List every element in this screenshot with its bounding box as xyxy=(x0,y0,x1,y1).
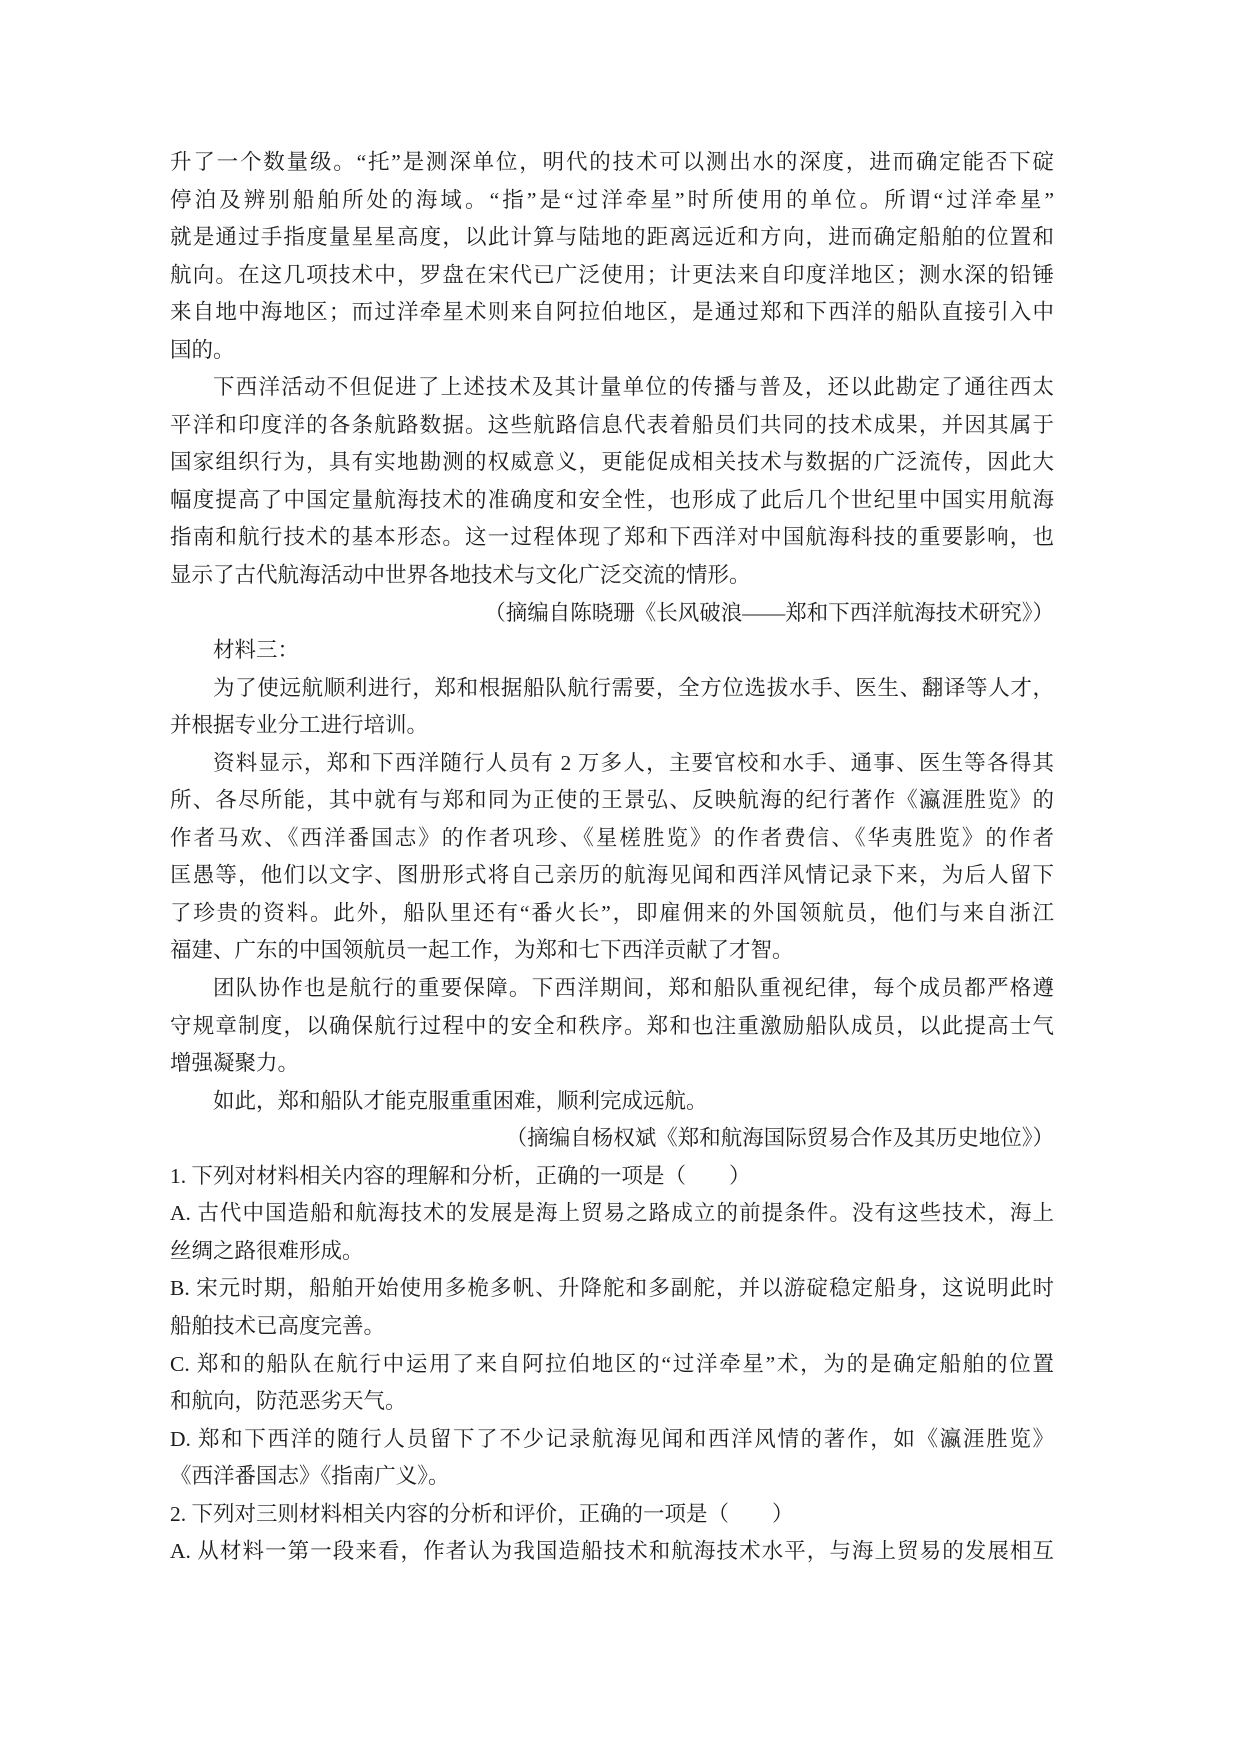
paragraph-start-line: 材料三： xyxy=(170,632,1054,670)
paragraph-start-line: 下西洋活动不但促进了上述技术及其计量单位的传播与普及，还以此勘定了通往西太 xyxy=(170,369,1054,407)
text-line: 停泊及辨别船舶所处的海域。“指”是“过洋牵星”时所使用的单位。所谓“过洋牵星” xyxy=(170,182,1054,220)
text-line: 就是通过手指度量星星高度，以此计算与陆地的距离远近和方向，进而确定船舶的位置和 xyxy=(170,219,1054,257)
text-line: 平洋和印度洋的各条航路数据。这些航路信息代表着船员们共同的技术成果，并因其属于 xyxy=(170,407,1054,445)
paragraph-start-line: 为了使远航顺利进行，郑和根据船队航行需要，全方位选拔水手、医生、翻译等人才， xyxy=(170,670,1054,708)
text-line: 所、各尽所能，其中就有与郑和同为正使的王景弘、反映航海的纪行著作《瀛涯胜览》的 xyxy=(170,782,1054,820)
text-line: 匡愚等，他们以文字、图册形式将自己亲历的航海见闻和西洋风情记录下来，为后人留下 xyxy=(170,857,1054,895)
text-line: 增强凝聚力。 xyxy=(170,1045,1054,1083)
text-line: 2. 下列对三则材料相关内容的分析和评价，正确的一项是（ ） xyxy=(170,1496,1054,1534)
document-page: 升了一个数量级。“托”是测深单位，明代的技术可以测出水的深度，进而确定能否下碇停… xyxy=(0,0,1240,1754)
text-line: D. 郑和下西洋的随行人员留下了不少记录航海见闻和西洋风情的著作，如《瀛涯胜览》 xyxy=(170,1421,1054,1459)
text-line: 作者马欢、《西洋番国志》的作者巩珍、《星槎胜览》的作者费信、《华夷胜览》的作者 xyxy=(170,820,1054,858)
text-line: 幅度提高了中国定量航海技术的准确度和安全性，也形成了此后几个世纪里中国实用航海 xyxy=(170,482,1054,520)
text-line: 显示了古代航海活动中世界各地技术与文化广泛交流的情形。 xyxy=(170,557,1054,595)
text-line: 国家组织行为，具有实地勘测的权威意义，更能促成相关技术与数据的广泛流传，因此大 xyxy=(170,444,1054,482)
text-line: A. 从材料一第一段来看，作者认为我国造船技术和航海技术水平，与海上贸易的发展相… xyxy=(170,1533,1054,1571)
text-line: 升了一个数量级。“托”是测深单位，明代的技术可以测出水的深度，进而确定能否下碇 xyxy=(170,144,1054,182)
paragraph-start-line: 如此，郑和船队才能克服重重困难，顺利完成远航。 xyxy=(170,1083,1054,1121)
text-line: 守规章制度，以确保航行过程中的安全和秩序。郑和也注重激励船队成员，以此提高士气 xyxy=(170,1008,1054,1046)
text-line: B. 宋元时期，船舶开始使用多桅多帆、升降舵和多副舵，并以游碇稳定船身，这说明此… xyxy=(170,1270,1054,1308)
text-line: 丝绸之路很难形成。 xyxy=(170,1233,1054,1271)
text-line: 指南和航行技术的基本形态。这一过程体现了郑和下西洋对中国航海科技的重要影响，也 xyxy=(170,519,1054,557)
attribution-line: （摘编自陈晓珊《长风破浪——郑和下西洋航海技术研究》） xyxy=(170,595,1054,633)
text-line: 福建、广东的中国领航员一起工作，为郑和七下西洋贡献了才智。 xyxy=(170,932,1054,970)
text-line: 和航向，防范恶劣天气。 xyxy=(170,1383,1054,1421)
text-block: 升了一个数量级。“托”是测深单位，明代的技术可以测出水的深度，进而确定能否下碇停… xyxy=(170,144,1054,1571)
text-line: C. 郑和的船队在航行中运用了来自阿拉伯地区的“过洋牵星”术，为的是确定船舶的位… xyxy=(170,1346,1054,1384)
text-line: 1. 下列对材料相关内容的理解和分析，正确的一项是（ ） xyxy=(170,1158,1054,1196)
text-line: 航向。在这几项技术中，罗盘在宋代已广泛使用；计更法来自印度洋地区；测水深的铅锤 xyxy=(170,257,1054,295)
attribution-line: （摘编自杨权斌《郑和航海国际贸易合作及其历史地位》） xyxy=(170,1120,1054,1158)
text-line: 了珍贵的资料。此外，船队里还有“番火长”，即雇佣来的外国领航员，他们与来自浙江 xyxy=(170,895,1054,933)
text-line: 并根据专业分工进行培训。 xyxy=(170,707,1054,745)
text-line: A. 古代中国造船和航海技术的发展是海上贸易之路成立的前提条件。没有这些技术，海… xyxy=(170,1195,1054,1233)
text-line: 国的。 xyxy=(170,332,1054,370)
text-line: 船舶技术已高度完善。 xyxy=(170,1308,1054,1346)
paragraph-start-line: 团队协作也是航行的重要保障。下西洋期间，郑和船队重视纪律，每个成员都严格遵 xyxy=(170,970,1054,1008)
text-line: 来自地中海地区；而过洋牵星术则来自阿拉伯地区，是通过郑和下西洋的船队直接引入中 xyxy=(170,294,1054,332)
paragraph-start-line: 资料显示，郑和下西洋随行人员有 2 万多人，主要官校和水手、通事、医生等各得其 xyxy=(170,745,1054,783)
text-line: 《西洋番国志》《指南广义》。 xyxy=(170,1458,1054,1496)
